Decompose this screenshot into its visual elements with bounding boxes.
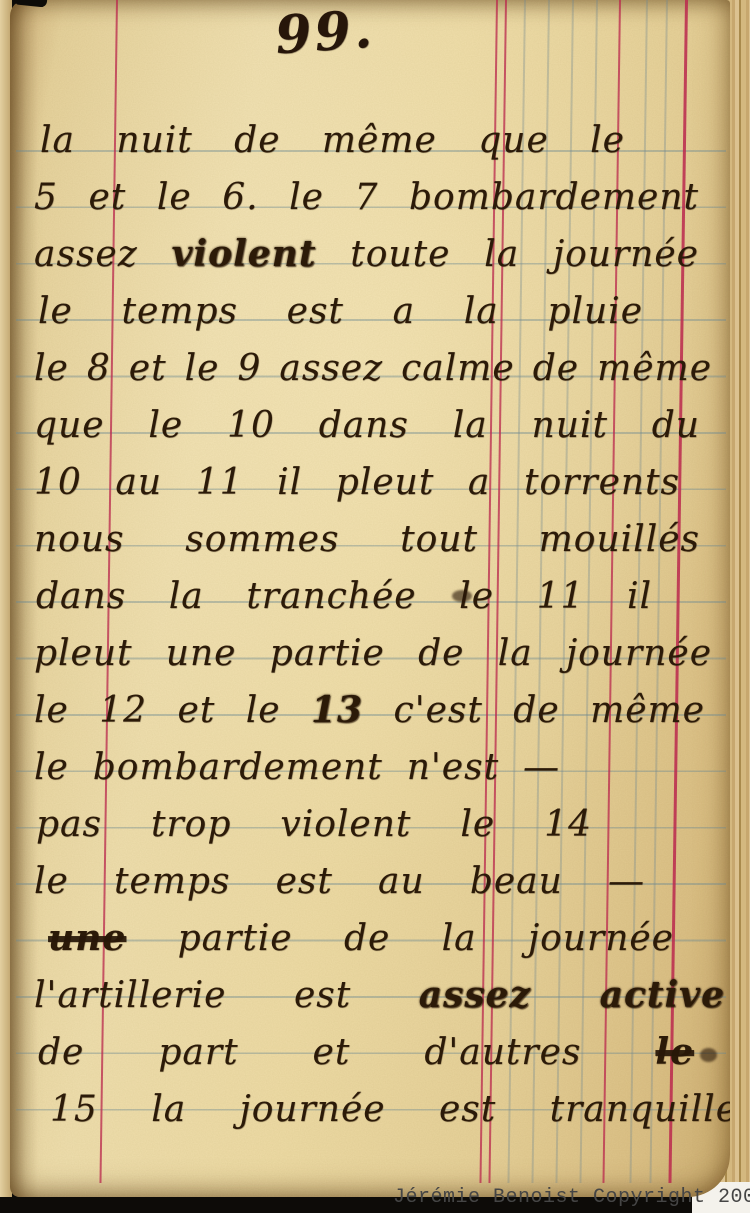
- handwriting-segment: assez: [34, 234, 171, 275]
- handwriting-segment: violent: [171, 233, 316, 275]
- copyright-watermark: Jérémie Benoist Copyright 2008: [393, 1186, 750, 1209]
- handwriting-line: 15 la journée est tranquille: [50, 1081, 730, 1138]
- page-number: 99.: [258, 0, 392, 67]
- notebook-page: 99. la nuit de même que le5 et le 6. le …: [10, 0, 730, 1197]
- handwriting-segment: le: [655, 1031, 694, 1073]
- ink-blot: [700, 1048, 717, 1062]
- handwriting-segment: le temps est au beau —: [34, 861, 645, 902]
- handwriting-segment: le 12 et le: [34, 690, 311, 731]
- handwriting-segment: le temps est a la pluie: [38, 291, 643, 332]
- handwriting-line: pleut une partie de la journée: [34, 625, 712, 682]
- handwriting-segment: partie de la journée: [126, 918, 674, 959]
- handwriting-line: de part et d'autres le: [38, 1024, 694, 1081]
- handwriting-segment: une: [48, 917, 126, 959]
- handwriting-segment: nous sommes tout mouillés: [34, 519, 700, 560]
- handwriting-line: le bombardement n'est —: [34, 739, 560, 796]
- handwriting-block: la nuit de même que le5 et le 6. le 7 bo…: [34, 112, 722, 1138]
- handwriting-line: pas trop violent le 14: [36, 796, 592, 853]
- handwriting-line: l'artillerie est assez active: [34, 967, 725, 1024]
- handwriting-line: dans la tranchée le 11 il: [36, 568, 652, 625]
- handwriting-segment: l'artillerie est: [34, 975, 419, 1016]
- handwriting-line: le 12 et le 13 c'est de même: [34, 682, 705, 739]
- handwriting-line: assez violent toute la journée: [34, 226, 699, 283]
- handwriting-line: que le 10 dans la nuit du: [34, 397, 700, 454]
- handwriting-segment: toute la journée: [316, 234, 699, 275]
- handwriting-segment: assez active: [419, 974, 725, 1016]
- handwriting-line: le 8 et le 9 assez calme de même: [34, 340, 712, 397]
- handwriting-segment: 5 et le 6. le 7 bombardement: [34, 177, 699, 218]
- handwriting-segment: de part et d'autres: [38, 1032, 655, 1073]
- handwriting-line: 5 et le 6. le 7 bombardement: [34, 169, 699, 226]
- handwriting-line: 10 au 11 il pleut a torrents: [34, 454, 680, 511]
- scanned-diary-page: 99. la nuit de même que le5 et le 6. le …: [0, 0, 750, 1213]
- handwriting-segment: c'est de même: [363, 690, 705, 731]
- handwriting-segment: 10 au 11 il pleut a torrents: [34, 462, 680, 503]
- ink-blot: [452, 590, 472, 602]
- handwriting-line: le temps est au beau —: [34, 853, 645, 910]
- handwriting-segment: dans la tranchée le 11 il: [36, 576, 652, 617]
- handwriting-line: nous sommes tout mouillés: [34, 511, 700, 568]
- handwriting-segment: que le 10 dans la nuit du: [34, 405, 700, 446]
- handwriting-line: le temps est a la pluie: [38, 283, 643, 340]
- handwriting-segment: pas trop violent le 14: [36, 804, 592, 845]
- handwriting-segment: le 8 et le 9 assez calme de même: [34, 348, 712, 389]
- handwriting-line: la nuit de même que le: [40, 112, 625, 169]
- handwriting-segment: la nuit de même que le: [40, 120, 625, 161]
- handwriting-segment: 13: [311, 689, 363, 731]
- handwriting-segment: pleut une partie de la journée: [34, 633, 712, 674]
- handwriting-segment: 15 la journée est tranquille: [50, 1089, 730, 1130]
- handwriting-segment: le bombardement n'est —: [34, 747, 560, 788]
- handwriting-line: une partie de la journée: [48, 910, 674, 967]
